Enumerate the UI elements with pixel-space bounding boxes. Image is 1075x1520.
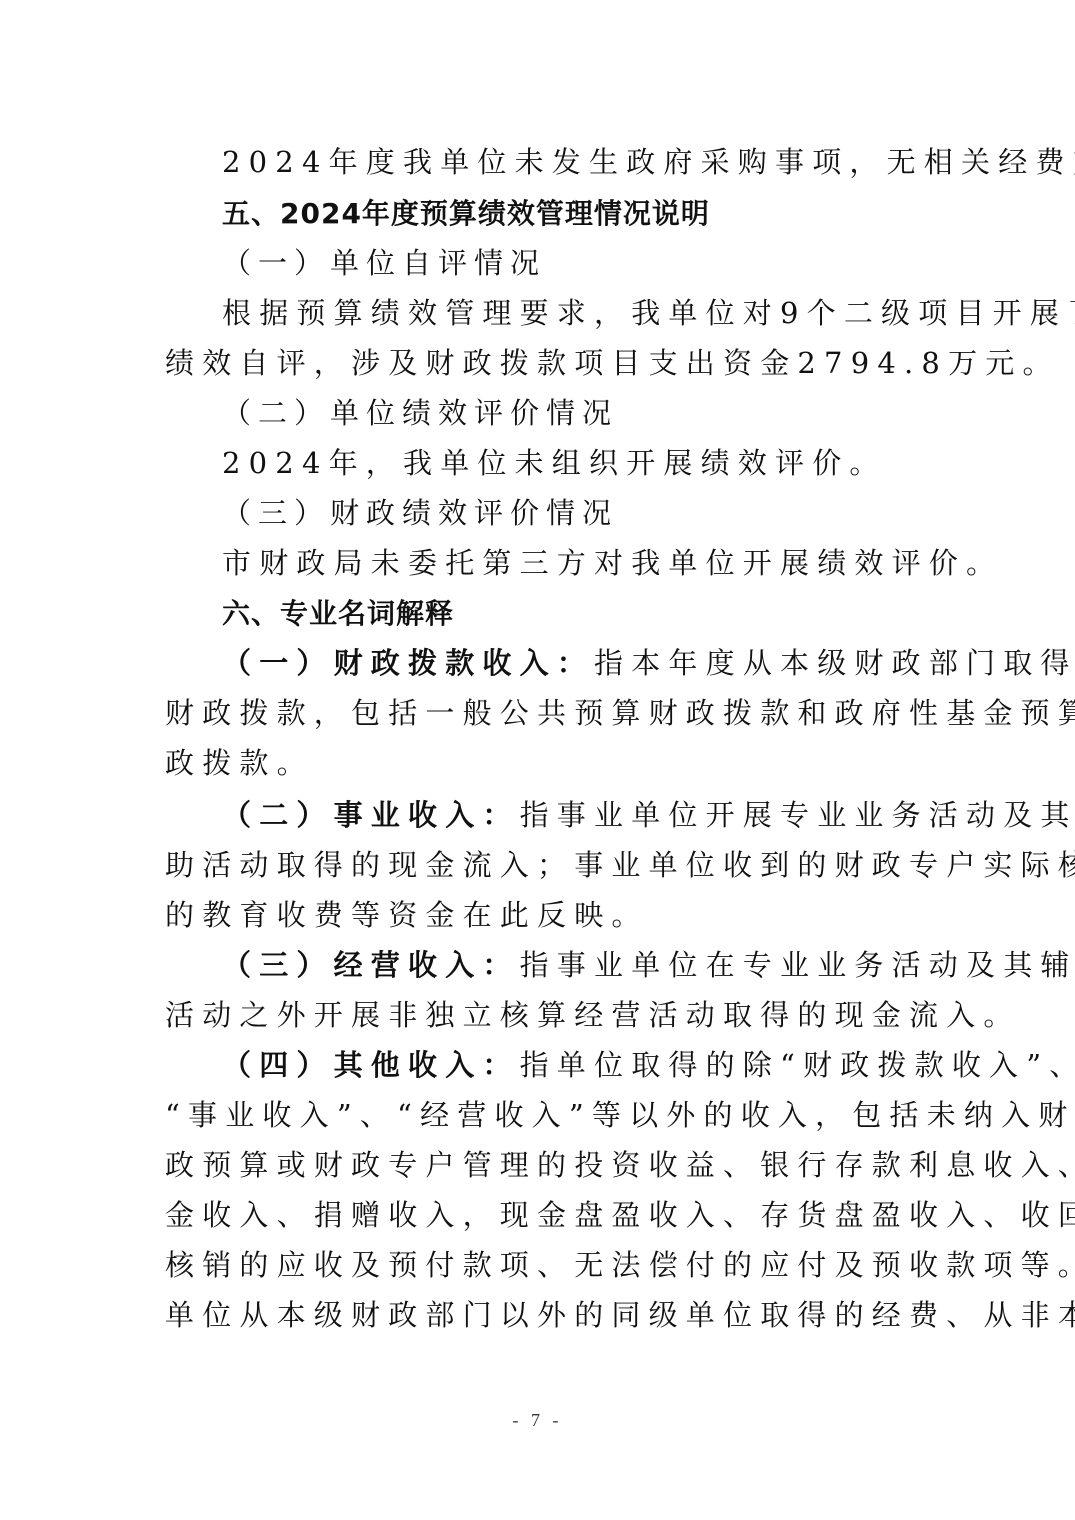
section-heading-5: 五、2024年度预算绩效管理情况说明 [222, 194, 710, 234]
subheading-finance-evaluation: （三）财政绩效评价情况 [222, 493, 618, 533]
term-operating-income-line2: 活动之外开展非独立核算经营活动取得的现金流入。 [165, 995, 1021, 1035]
subheading-unit-evaluation: （二）单位绩效评价情况 [222, 393, 618, 433]
term-label: （三）经营收入： [222, 948, 520, 982]
term-other-income-line1: （四）其他收入：指单位取得的除“财政拨款收入”、 [222, 1045, 915, 1085]
text: 政预算或财政专户管理的投资收益、银行存款利息收入、租 [165, 1145, 915, 1185]
paragraph-finance-evaluation: 市财政局未委托第三方对我单位开展绩效评价。 [222, 543, 1003, 583]
term-definition: 指事业单位开展专业业务活动及其辅 [520, 798, 1075, 832]
term-definition: 指本年度从本级财政部门取得的 [594, 646, 1075, 680]
term-business-income-line1: （二）事业收入：指事业单位开展专业业务活动及其辅 [222, 795, 915, 835]
text: “事业收入”、“经营收入”等以外的收入，包括未纳入财 [165, 1095, 915, 1135]
term-business-income-line3: 的教育收费等资金在此反映。 [165, 895, 649, 935]
page-number: - 7 - [0, 1410, 1075, 1431]
term-label: （一）财政拨款收入： [222, 646, 594, 680]
subheading-self-evaluation: （一）单位自评情况 [222, 243, 546, 283]
term-definition: 指单位取得的除“财政拨款收入”、 [520, 1048, 1075, 1082]
paragraph-procurement: 2024年度我单位未发生政府采购事项，无相关经费支出。 [222, 142, 1075, 182]
text: 金收入、捐赠收入，现金盘盈收入、存货盘盈收入、收回已 [165, 1195, 915, 1235]
text: 根据预算绩效管理要求，我单位对9个二级项目开展了 [222, 293, 915, 333]
text: 单位从本级财政部门以外的同级单位取得的经费、从非本级 [165, 1295, 915, 1335]
text: 核销的应收及预付款项、无法偿付的应付及预收款项等。各 [165, 1245, 915, 1285]
term-other-income-line2: “事业收入”、“经营收入”等以外的收入，包括未纳入财 [165, 1095, 915, 1135]
term-fiscal-appropriation-line2: 财政拨款，包括一般公共预算财政拨款和政府性基金预算财 [165, 693, 915, 733]
term-label: （二）事业收入： [222, 798, 520, 832]
term-other-income-line6: 单位从本级财政部门以外的同级单位取得的经费、从非本级 [165, 1295, 915, 1335]
term-operating-income-line1: （三）经营收入：指事业单位在专业业务活动及其辅助 [222, 945, 915, 985]
text: 助活动取得的现金流入；事业单位收到的财政专户实际核拨 [165, 845, 915, 885]
term-other-income-line3: 政预算或财政专户管理的投资收益、银行存款利息收入、租 [165, 1145, 915, 1185]
term-definition: 指事业单位在专业业务活动及其辅助 [520, 948, 1075, 982]
term-other-income-line4: 金收入、捐赠收入，现金盘盈收入、存货盘盈收入、收回已 [165, 1195, 915, 1235]
term-fiscal-appropriation-line1: （一）财政拨款收入：指本年度从本级财政部门取得的 [222, 643, 915, 683]
paragraph-unit-evaluation: 2024年，我单位未组织开展绩效评价。 [222, 443, 887, 483]
text: 财政拨款，包括一般公共预算财政拨款和政府性基金预算财 [165, 693, 915, 733]
term-fiscal-appropriation-line3: 政拨款。 [165, 743, 314, 783]
term-other-income-line5: 核销的应收及预付款项、无法偿付的应付及预收款项等。各 [165, 1245, 915, 1285]
term-business-income-line2: 助活动取得的现金流入；事业单位收到的财政专户实际核拨 [165, 845, 915, 885]
paragraph-self-evaluation-line2: 绩效自评，涉及财政拨款项目支出资金2794.8万元。 [165, 343, 1060, 383]
term-label: （四）其他收入： [222, 1048, 520, 1082]
paragraph-self-evaluation-line1: 根据预算绩效管理要求，我单位对9个二级项目开展了 [222, 293, 915, 333]
section-heading-6: 六、专业名词解释 [222, 594, 454, 634]
